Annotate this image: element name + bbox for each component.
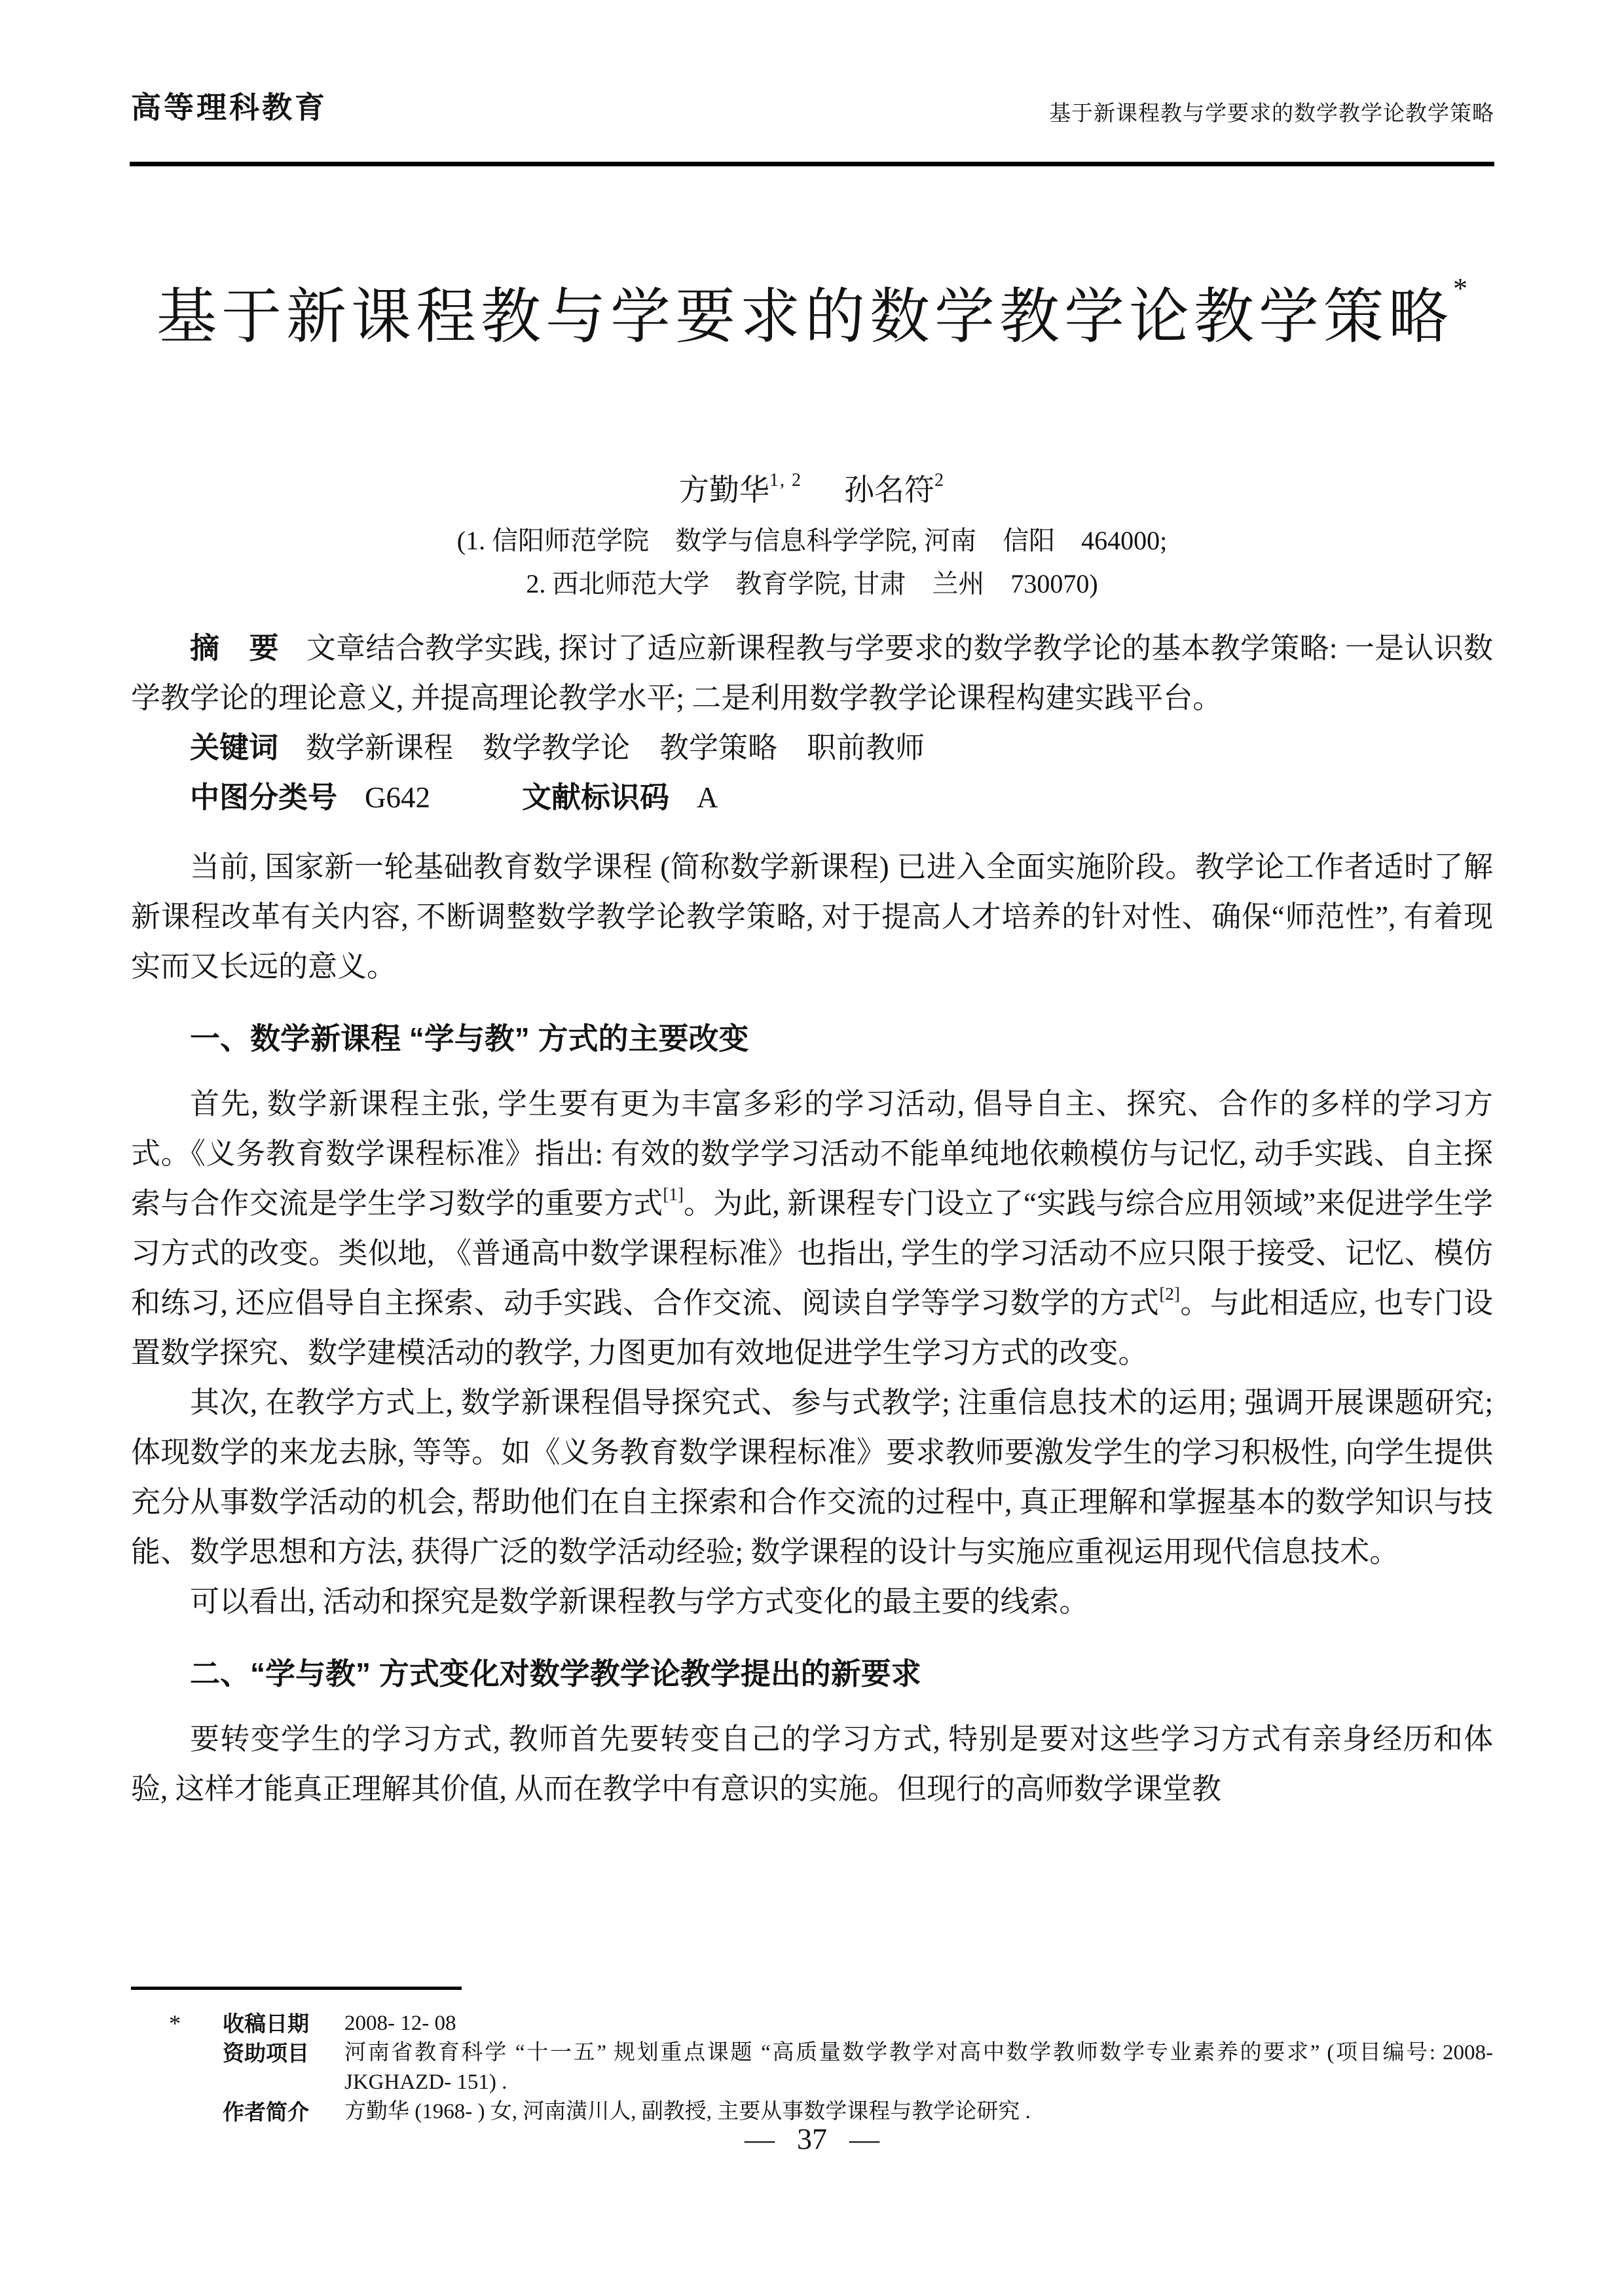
author-affiliation-sup: 2: [934, 470, 945, 490]
page-number-right-dash: —: [849, 2122, 879, 2156]
article-title: 基于新课程教与学要求的数学教学论教学策略*: [0, 272, 1624, 353]
affiliations: (1. 信阳师范学院 数学与信息科学学院, 河南 信阳 464000;2. 西北…: [0, 519, 1624, 606]
footnote-text: 河南省教育科学 “十一五” 规划重点课题 “高质量数学教学对高中数学教师数学专业…: [344, 2038, 1493, 2097]
footnote-text: 2008- 12- 08: [344, 2009, 1493, 2038]
author-name: 孙名符2: [844, 473, 945, 507]
footnote-label: 收稿日期: [223, 2009, 344, 2038]
classification-paragraph: 中图分类号G642文献标识码A: [131, 773, 1493, 822]
clc-label: 中图分类号: [190, 780, 337, 814]
doc-code-label: 文献标识码: [522, 780, 669, 814]
keywords-label: 关键词: [190, 731, 278, 764]
header-rule: [130, 162, 1494, 166]
section-1-paragraph-1: 首先, 数学新课程主张, 学生要有更为丰富多彩的学习活动, 倡导自主、探究、合作…: [131, 1079, 1493, 1378]
footnote-item: 资助项目河南省教育科学 “十一五” 规划重点课题 “高质量数学教学对高中数学教师…: [131, 2038, 1493, 2097]
footnote-asterisk-mark: *: [131, 2009, 223, 2038]
body-flow: 当前, 国家新一轮基础教育数学课程 (简称数学新课程) 已进入全面实施阶段。教学…: [131, 842, 1493, 1814]
abstract-paragraph: 摘 要文章结合教学实践, 探讨了适应新课程教与学要求的数学教学论的基本教学策略:…: [131, 623, 1493, 723]
section-1-paragraph-2: 其次, 在教学方式上, 数学新课程倡导探究式、参与式教学; 注重信息技术的运用;…: [131, 1378, 1493, 1577]
affiliation-line: (1. 信阳师范学院 数学与信息科学学院, 河南 信阳 464000;: [0, 519, 1624, 562]
article-column: 摘 要文章结合教学实践, 探讨了适应新课程教与学要求的数学教学论的基本教学策略:…: [131, 623, 1493, 1814]
footnote-rule: [131, 1987, 462, 1990]
page-number-value: 37: [797, 2122, 827, 2156]
keywords-paragraph: 关键词数学新课程 数学教学论 教学策略 职前教师: [131, 723, 1493, 773]
footnote-label: 资助项目: [223, 2038, 344, 2068]
running-header: 高等理科教育 基于新课程教与学要求的数学教学论教学策略: [131, 84, 1494, 127]
article-title-text: 基于新课程教与学要求的数学教学论教学策略: [157, 284, 1453, 350]
keywords-text: 数学新课程 数学教学论 教学策略 职前教师: [306, 731, 925, 764]
title-footnote-mark: *: [1453, 272, 1467, 304]
authors-line: 方勤华1, 2孙名符2: [0, 466, 1624, 509]
doc-code-value: A: [697, 781, 718, 814]
abstract-label: 摘 要: [190, 631, 279, 665]
affiliation-line: 2. 西北师范大学 教育学院, 甘肃 兰州 730070): [0, 562, 1624, 606]
section-2-heading: 二、“学与教” 方式变化对数学教学论教学提出的新要求: [131, 1653, 1493, 1695]
journal-name: 高等理科教育: [131, 84, 327, 127]
footnote-item: *收稿日期2008- 12- 08: [131, 2009, 1493, 2038]
section-1-paragraph-3: 可以看出, 活动和探究是数学新课程教与学方式变化的最主要的线索。: [131, 1577, 1493, 1626]
clc-value: G642: [365, 781, 430, 814]
section-1-heading: 一、数学新课程 “学与教” 方式的主要改变: [131, 1018, 1493, 1059]
paper-page: 高等理科教育 基于新课程教与学要求的数学教学论教学策略 基于新课程教与学要求的数…: [0, 0, 1624, 2295]
abstract-text: 文章结合教学实践, 探讨了适应新课程教与学要求的数学教学论的基本教学策略: 一是…: [131, 632, 1493, 714]
intro-paragraph: 当前, 国家新一轮基础教育数学课程 (简称数学新课程) 已进入全面实施阶段。教学…: [131, 842, 1493, 991]
page-number-left-dash: —: [745, 2122, 775, 2156]
running-title: 基于新课程教与学要求的数学教学论教学策略: [1049, 96, 1494, 127]
section-2-paragraph-1: 要转变学生的学习方式, 教师首先要转变自己的学习方式, 特别是要对这些学习方式有…: [131, 1714, 1493, 1814]
citation-ref: [2]: [1159, 1284, 1179, 1304]
author-name: 方勤华1, 2: [679, 473, 802, 507]
citation-ref: [1]: [663, 1184, 683, 1204]
footnote-items: *收稿日期2008- 12- 08资助项目河南省教育科学 “十一五” 规划重点课…: [131, 2009, 1493, 2127]
author-affiliation-sup: 1, 2: [769, 470, 802, 490]
page-number: —37—: [0, 2121, 1624, 2156]
